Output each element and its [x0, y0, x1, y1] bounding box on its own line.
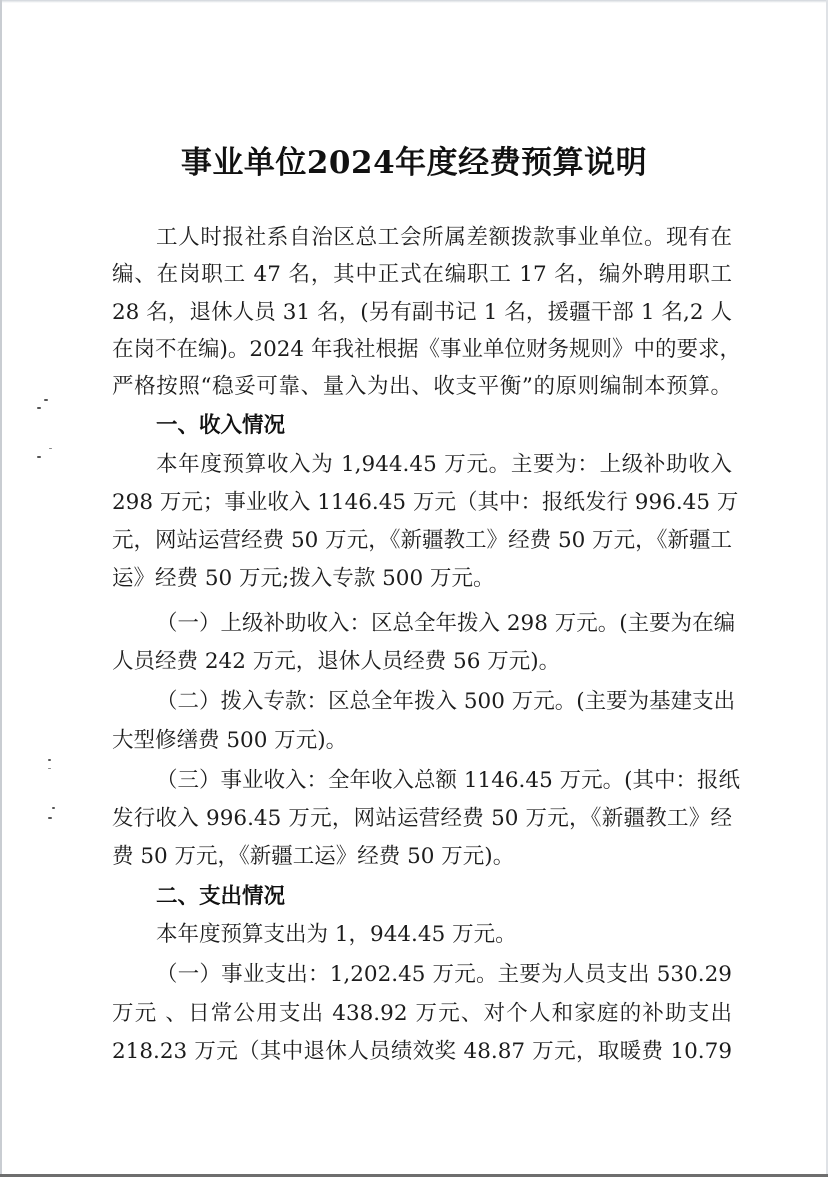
income-item-3-line: 发行收入 996.45 万元，网站运营经费 50 万元，《新疆教工》经 [112, 806, 732, 832]
scan-speck [48, 768, 51, 769]
income-summary-line: 298 万元；事业收入 1146.45 万元（其中：报纸发行 996.45 万 [112, 490, 732, 516]
section-heading-income: 一、收入情况 [156, 413, 285, 439]
scan-speck [48, 759, 51, 761]
scan-speck [49, 448, 52, 449]
scan-speck [37, 407, 41, 409]
document-title: 事业单位2024年度经费预算说明 [0, 137, 828, 182]
intro-line: 28 名，退休人员 31 名，(另有副书记 1 名，援疆干部 1 名,2 人 [112, 300, 732, 326]
expense-summary-line: 本年度预算支出为 1，944.45 万元。 [156, 922, 732, 948]
intro-line: 编、在岗职工 47 名，其中正式在编职工 17 名，编外聘用职工 [112, 262, 732, 288]
income-item-2-line: 大型修缮费 500 万元)。 [112, 728, 732, 754]
income-item-1-line: （一）上级补助收入：区总全年拨入 298 万元。(主要为在编 [156, 611, 732, 637]
section-heading-expense: 二、支出情况 [156, 884, 285, 910]
income-item-3-line: （三）事业收入：全年收入总额 1146.45 万元。(其中：报纸 [156, 768, 732, 794]
expense-item-1-line: （一）事业支出：1,202.45 万元。主要为人员支出 530.29 [156, 962, 732, 988]
expense-item-1-line: 万元 、日常公用支出 438.92 万元、对个人和家庭的补助支出 [112, 1001, 732, 1027]
intro-line: 工人时报社系自治区总工会所属差额拨款事业单位。现有在 [156, 225, 732, 251]
scan-speck [44, 399, 48, 401]
income-item-3-line: 费 50 万元，《新疆工运》经费 50 万元)。 [112, 844, 732, 870]
income-item-2-line: （二）拨入专款：区总全年拨入 500 万元。(主要为基建支出 [156, 689, 732, 715]
intro-line: 在岗不在编)。2024 年我社根据《事业单位财务规则》中的要求， [112, 337, 732, 363]
income-summary-line: 运》经费 50 万元;拨入专款 500 万元。 [112, 566, 732, 592]
scan-speck [37, 456, 41, 458]
income-summary-line: 元，网站运营经费 50 万元，《新疆教工》经费 50 万元，《新疆工 [112, 528, 732, 554]
scan-edge-top [0, 0, 828, 3]
expense-item-1-line: 218.23 万元（其中退休人员绩效奖 48.87 万元，取暖费 10.79 [112, 1039, 732, 1065]
scan-speck [52, 807, 55, 809]
intro-line: 严格按照“稳妥可靠、量入为出、收支平衡”的原则编制本预算。 [112, 374, 732, 400]
income-item-1-line: 人员经费 242 万元，退休人员经费 56 万元)。 [112, 649, 732, 675]
document-page: 事业单位2024年度经费预算说明 工人时报社系自治区总工会所属差额拨款事业单位。… [0, 0, 828, 1177]
scan-speck [48, 817, 52, 819]
income-summary-line: 本年度预算收入为 1,944.45 万元。主要为：上级补助收入 [156, 452, 732, 478]
